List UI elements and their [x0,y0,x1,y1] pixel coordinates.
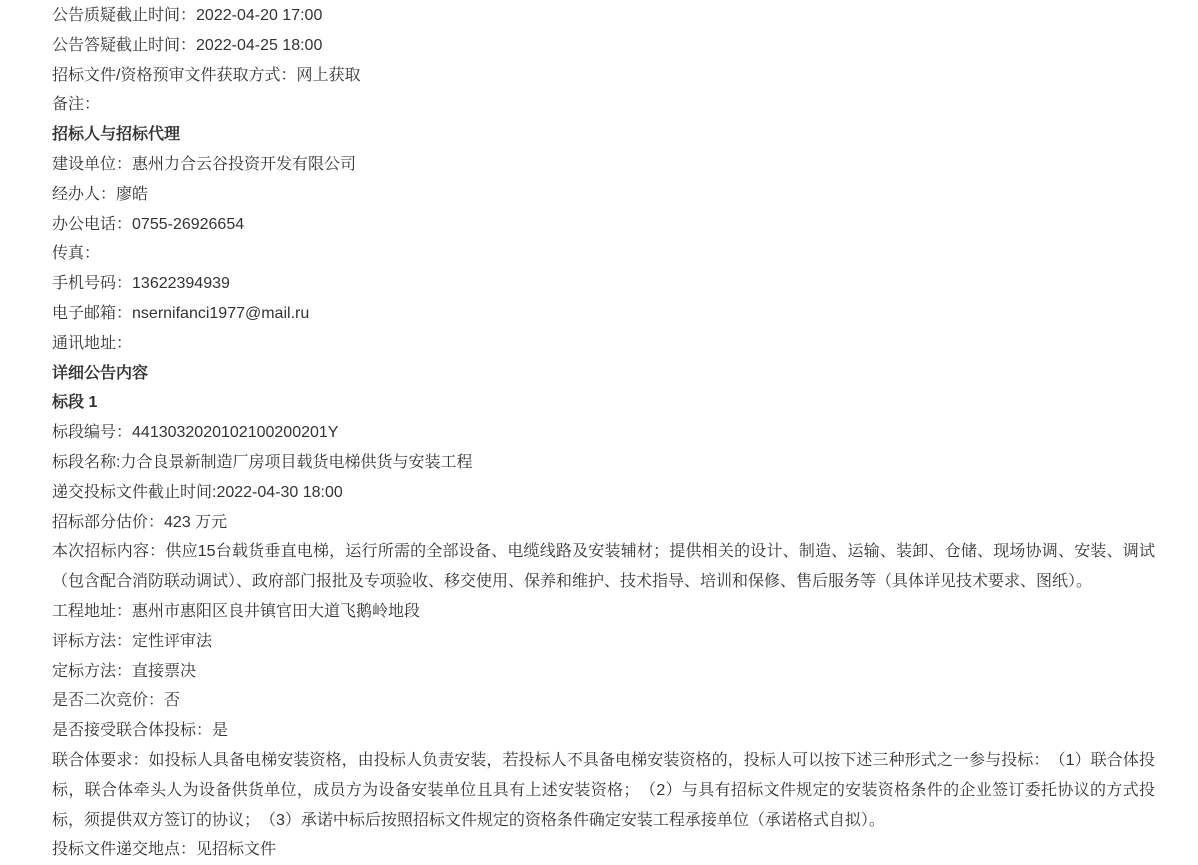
field-label: 通讯地址： [52,335,132,352]
field-accept-consortium: 是否接受联合体投标：是 [52,716,1155,746]
field-label: 是否二次竞价： [52,692,164,709]
field-label: 标段名称: [52,454,120,471]
field-value: 2022-04-30 18:00 [216,484,342,501]
field-label: 经办人： [52,186,116,203]
field-mailing-address: 通讯地址： [52,329,1155,359]
field-bid-submission-deadline: 递交投标文件截止时间:2022-04-30 18:00 [52,478,1155,508]
field-value: 定性评审法 [132,633,212,650]
field-bid-delivery-place: 投标文件递交地点：见招标文件 [52,835,1155,865]
field-label: 联合体要求： [52,752,149,769]
announcement-detail-page: 公告质疑截止时间：2022-04-20 17:00 公告答疑截止时间：2022-… [0,0,1198,865]
field-value: 是 [212,722,228,739]
field-label: 递交投标文件截止时间: [52,484,216,501]
field-bid-content: 本次招标内容：供应15台载货垂直电梯，运行所需的全部设备、电缆线路及安装辅材；提… [52,537,1155,597]
field-label: 定标方法： [52,663,132,680]
field-notice-challenge-deadline: 公告质疑截止时间：2022-04-20 17:00 [52,1,1155,31]
field-label: 工程地址： [52,603,132,620]
section-heading-detail-content: 详细公告内容 [52,359,1155,389]
field-value: 2022-04-25 18:00 [196,37,322,54]
field-value: 惠州力合云谷投资开发有限公司 [132,156,356,173]
field-label: 评标方法： [52,633,132,650]
field-email: 电子邮箱：nsernifanci1977@mail.ru [52,299,1155,329]
field-value: 如投标人具备电梯安装资格，由投标人负责安装，若投标人不具备电梯安装资格的，投标人… [52,752,1155,829]
field-office-phone: 办公电话：0755-26926654 [52,210,1155,240]
field-value: 力合良景新制造厂房项目载货电梯供货与安装工程 [120,454,472,471]
field-award-method: 定标方法：直接票决 [52,657,1155,687]
field-value: 供应15台载货垂直电梯，运行所需的全部设备、电缆线路及安装辅材；提供相关的设计、… [52,543,1155,590]
field-value: 廖皓 [116,186,148,203]
field-handler: 经办人：廖皓 [52,180,1155,210]
field-label: 建设单位： [52,156,132,173]
field-label: 招标部分估价： [52,514,164,531]
field-value: 直接票决 [132,663,196,680]
field-mobile-number: 手机号码：13622394939 [52,269,1155,299]
field-consortium-requirement: 联合体要求：如投标人具备电梯安装资格，由投标人负责安装，若投标人不具备电梯安装资… [52,746,1155,835]
field-label: 手机号码： [52,275,132,292]
section-heading-bidder-and-agent: 招标人与招标代理 [52,120,1155,150]
field-section-number: 标段编号：4413032020102100200201Y [52,418,1155,448]
field-value: nsernifanci1977@mail.ru [132,305,309,322]
field-label: 招标文件/资格预审文件获取方式： [52,67,296,84]
field-value: 4413032020102100200201Y [132,424,338,441]
field-label: 投标文件递交地点： [52,841,196,858]
field-value: 2022-04-20 17:00 [196,7,322,24]
field-value: 见招标文件 [196,841,276,858]
field-value: 13622394939 [132,275,230,292]
field-label: 公告质疑截止时间： [52,7,196,24]
field-value: 423 万元 [164,514,227,531]
section-heading-section-1: 标段 1 [52,388,1155,418]
field-second-bidding: 是否二次竞价：否 [52,686,1155,716]
field-label: 电子邮箱： [52,305,132,322]
field-project-address: 工程地址：惠州市惠阳区良井镇官田大道飞鹅岭地段 [52,597,1155,627]
field-label: 传真： [52,245,100,262]
field-document-obtain-method: 招标文件/资格预审文件获取方式：网上获取 [52,61,1155,91]
field-label: 本次招标内容： [52,543,165,560]
field-value: 网上获取 [296,67,360,84]
field-value: 惠州市惠阳区良井镇官田大道飞鹅岭地段 [132,603,420,620]
field-value: 否 [164,692,180,709]
field-label: 公告答疑截止时间： [52,37,196,54]
field-section-name: 标段名称:力合良景新制造厂房项目载货电梯供货与安装工程 [52,448,1155,478]
field-notice-reply-deadline: 公告答疑截止时间：2022-04-25 18:00 [52,31,1155,61]
field-fax: 传真： [52,239,1155,269]
field-label: 备注： [52,96,100,113]
field-evaluation-method: 评标方法：定性评审法 [52,627,1155,657]
field-remark: 备注： [52,90,1155,120]
field-value: 0755-26926654 [132,216,244,233]
field-construction-unit: 建设单位：惠州力合云谷投资开发有限公司 [52,150,1155,180]
field-label: 标段编号： [52,424,132,441]
field-bid-estimate: 招标部分估价：423 万元 [52,508,1155,538]
field-label: 办公电话： [52,216,132,233]
field-label: 是否接受联合体投标： [52,722,212,739]
